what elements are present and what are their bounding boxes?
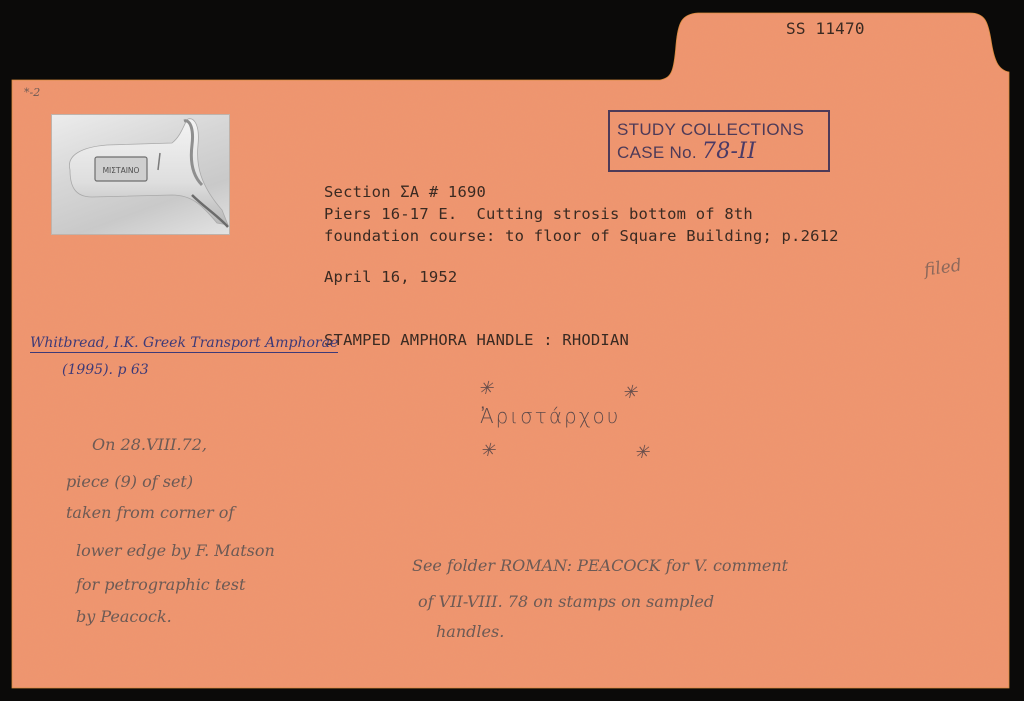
note-left-line-6: by Peacock.	[76, 607, 172, 626]
note-left-line-4: lower edge by F. Matson	[76, 541, 275, 560]
svg-text:ΜΙΣΤΑΙΝΟ: ΜΙΣΤΑΙΝΟ	[103, 166, 140, 175]
note-bottom-line-3: handles.	[436, 622, 504, 641]
stamp-case-number: 78-II	[702, 139, 756, 164]
tab-catalog-number: SS 11470	[786, 18, 865, 40]
note-bottom-line-1: See folder ROMAN: PEACOCK for V. comment	[412, 556, 788, 575]
stamp-line1: STUDY COLLECTIONS	[617, 119, 828, 141]
note-left-line-1: On 28.VIII.72,	[92, 435, 207, 454]
object-title: STAMPED AMPHORA HANDLE : RHODIAN	[324, 329, 629, 351]
artifact-photo: ΜΙΣΤΑΙΝΟ	[52, 115, 229, 234]
note-left-line-5: for petrographic test	[76, 575, 245, 594]
amphora-handle-image: ΜΙΣΤΑΙΝΟ	[52, 115, 229, 234]
star-ornament-bl: ✳	[480, 440, 495, 461]
reference-line-1: Whitbread, I.K. Greek Transport Amphorae	[30, 335, 338, 353]
note-left-line-2: piece (9) of set)	[66, 472, 193, 491]
star-ornament-tr: ✳	[622, 382, 637, 403]
reference-line-2: (1995). p 63	[62, 362, 149, 378]
note-left-line-3: taken from corner of	[66, 503, 234, 522]
corner-mark: *-2	[24, 86, 40, 99]
location-line-1: Piers 16-17 E. Cutting strosis bottom of…	[324, 203, 753, 225]
location-line-2: foundation course: to floor of Square Bu…	[324, 225, 839, 247]
stamp-line2: CASE No. 78-II	[617, 141, 828, 164]
star-ornament-tl: ✳	[478, 378, 493, 399]
note-bottom-line-2: of VII-VIII. 78 on stamps on sampled	[418, 592, 714, 611]
greek-inscription: Ἀριστάρχου	[480, 404, 620, 428]
study-collections-stamp: STUDY COLLECTIONS CASE No. 78-II	[608, 110, 830, 172]
excavation-date: April 16, 1952	[324, 266, 457, 288]
star-ornament-br: ✳	[634, 442, 649, 463]
section-line: Section ΣA # 1690	[324, 181, 486, 203]
stamp-case-label: CASE No.	[617, 143, 697, 162]
